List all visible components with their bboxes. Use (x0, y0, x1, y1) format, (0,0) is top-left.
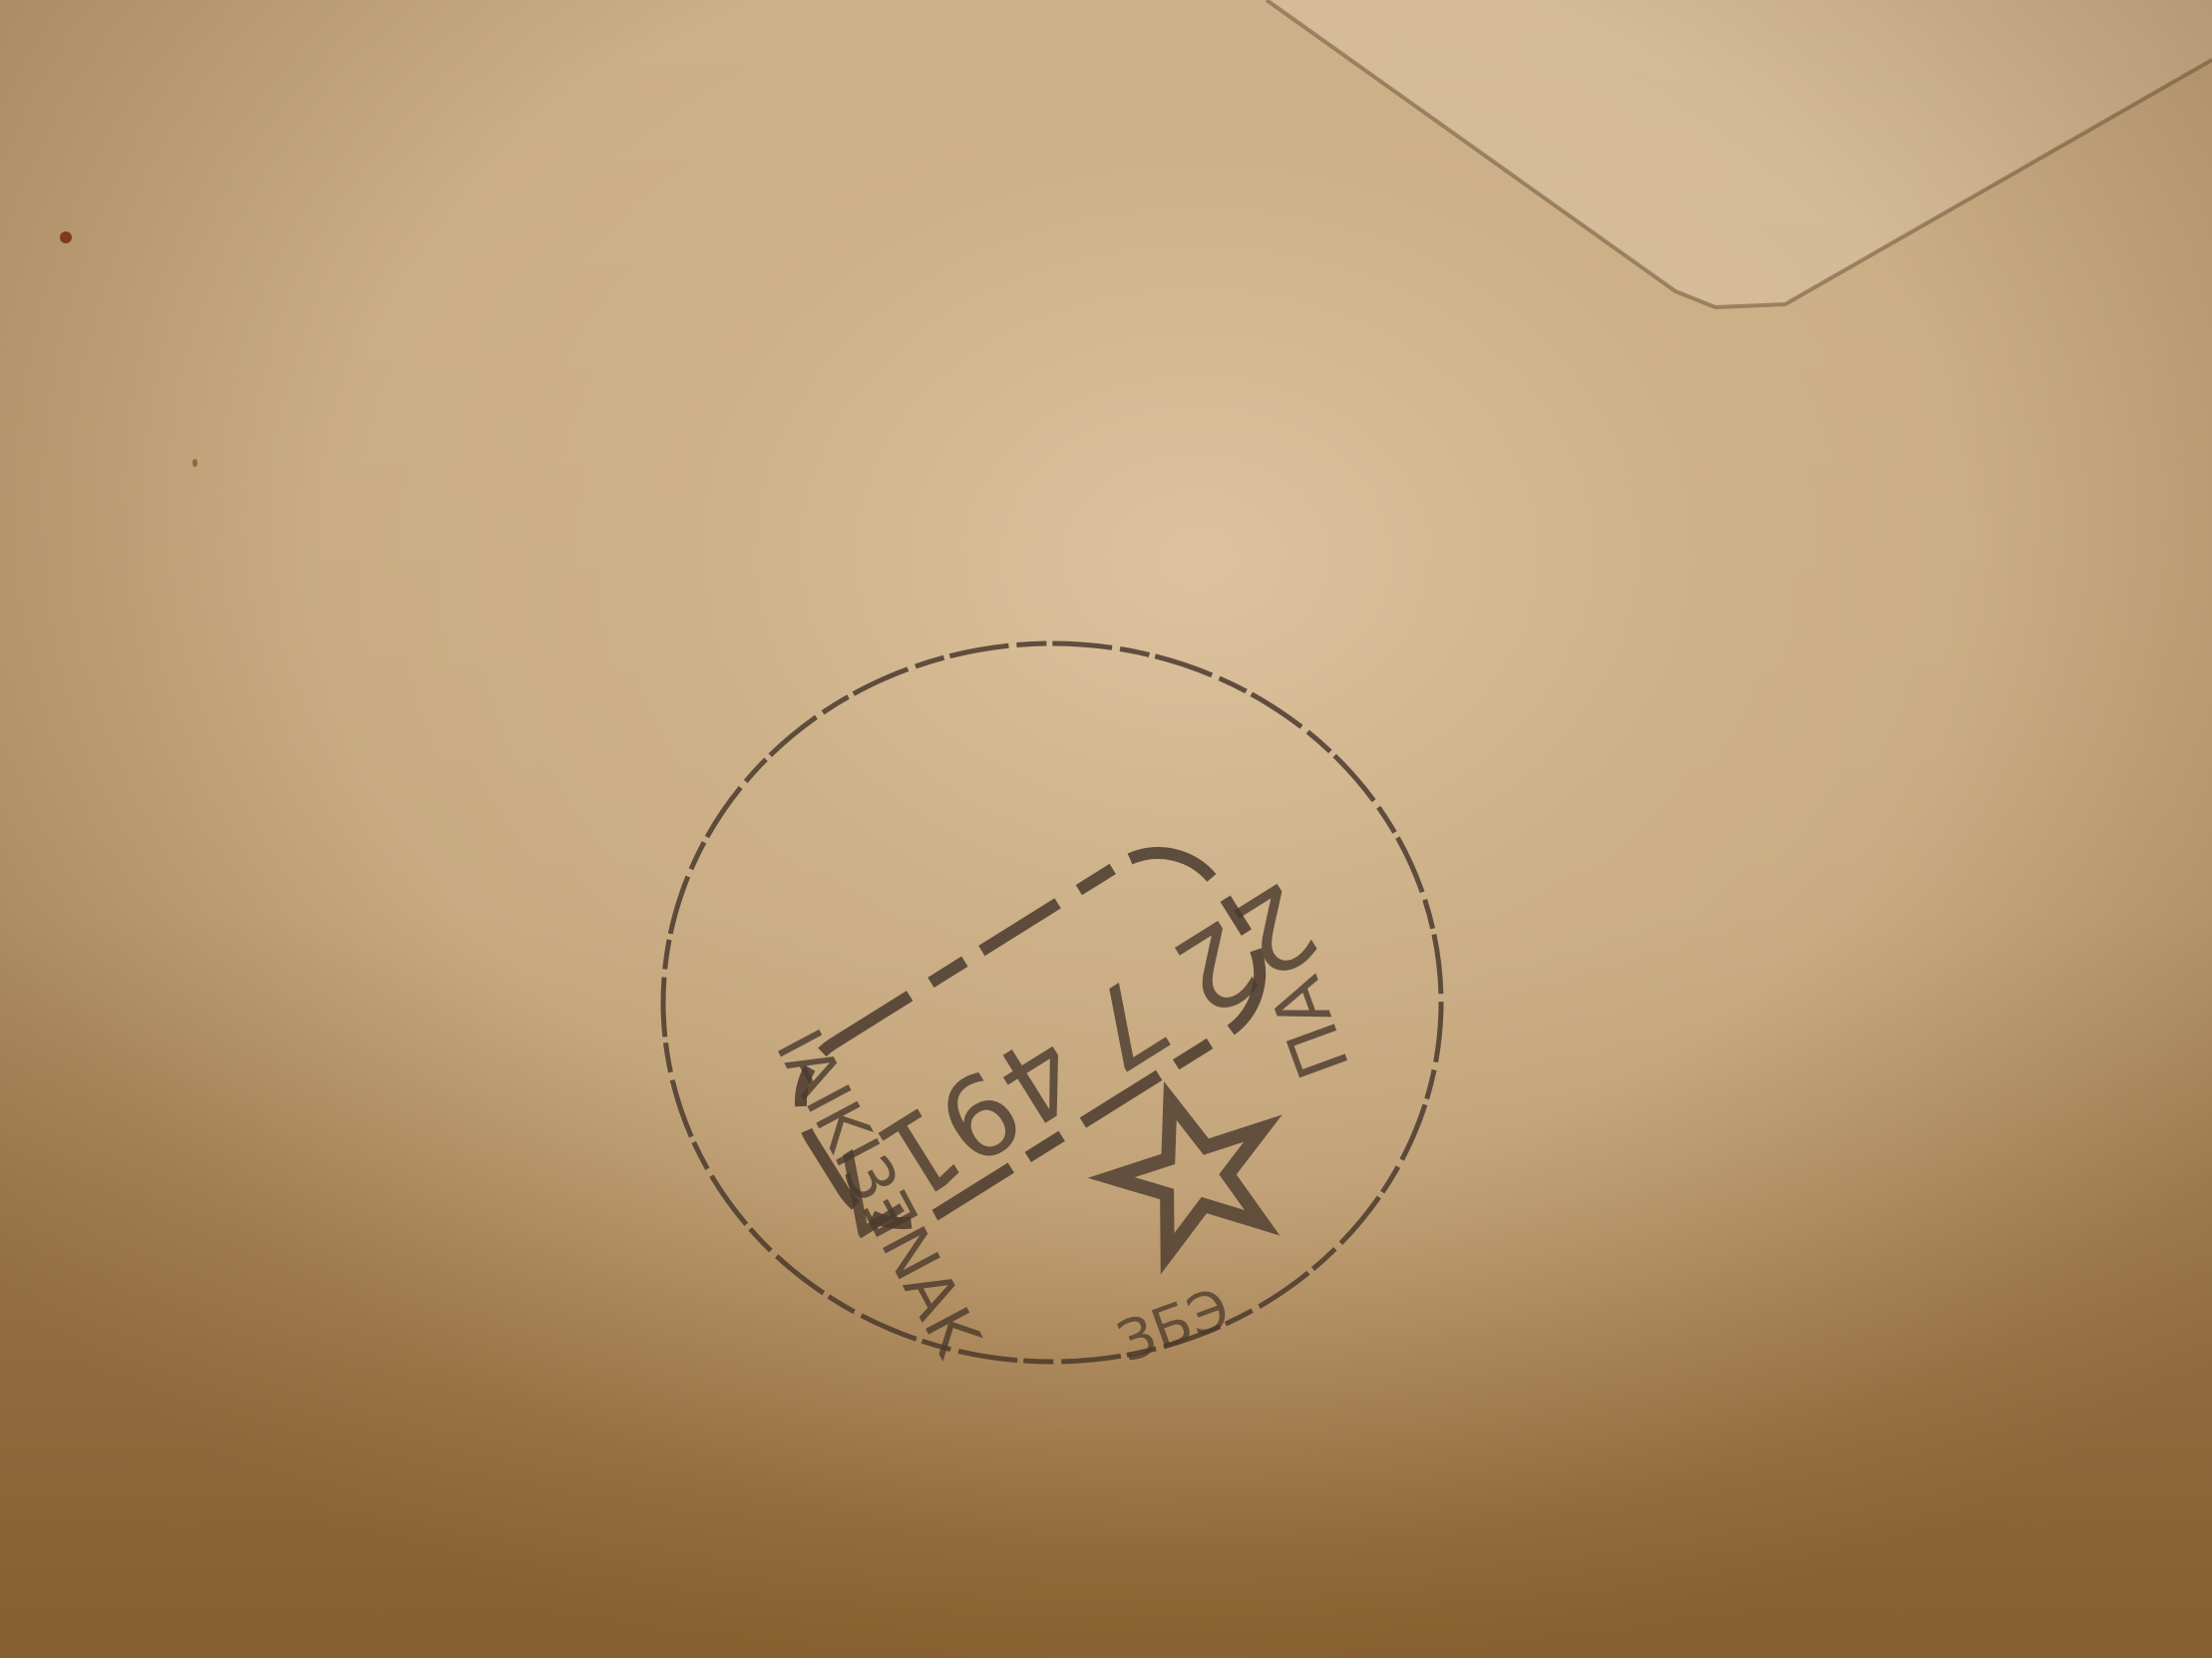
photo-vignette (0, 0, 2212, 1658)
